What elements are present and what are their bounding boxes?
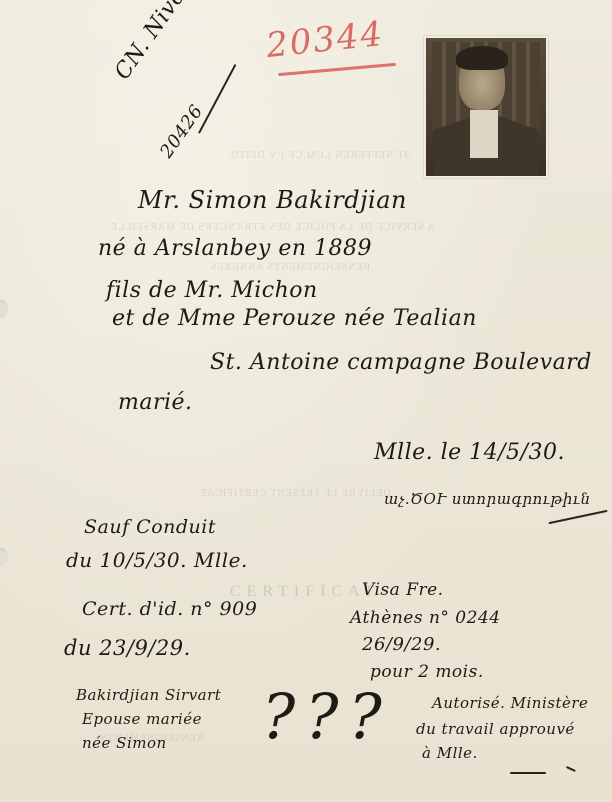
visa-number: Athènes n° 0244 [350, 608, 501, 628]
closing-mark [566, 766, 576, 772]
place-date: Mlle. le 14/5/30. [374, 440, 565, 465]
safe-conduct-date: du 10/5/30. Mlle. [66, 548, 248, 572]
red-file-number: 20344 [264, 14, 386, 66]
side-note-stroke [198, 64, 236, 134]
ghost-print-line: RENSEIGNEMENTS ANNEXES [210, 262, 370, 273]
body-line-mother: et de Mme Perouze née Tealian [112, 306, 477, 331]
spouse-note-line3: née Simon [82, 734, 167, 752]
side-note-name: CN. Nivon [110, 0, 199, 84]
id-certificate-number: Cert. d'id. n° 909 [82, 598, 257, 620]
signature-stroke [548, 510, 607, 524]
red-underline [278, 63, 396, 76]
visa-date: 26/9/29. [362, 634, 441, 655]
authorization-line1: Autorisé. Ministère [432, 694, 588, 712]
portrait-photo [424, 36, 548, 178]
body-line-name: Mr. Simon Bakirdjian [138, 186, 407, 214]
punch-hole-bottom [0, 548, 8, 566]
safe-conduct-label: Sauf Conduit [84, 516, 216, 538]
spouse-note-line2: Epouse mariée [82, 710, 202, 728]
ghost-print-line: DELIVRE LE PRESENT CERTIFICAT [200, 488, 391, 499]
armenian-signature: աչ․ԾՕՒ ստորագրութիւն [384, 490, 591, 508]
authorization-line2: du travail approuvé [416, 720, 575, 738]
ghost-print-line: A SERVICE DE LA POLICE DES ETRANGERS DE … [110, 222, 435, 233]
body-line-birth: né à Arslanbey en 1889 [98, 236, 372, 261]
authorization-line3: à Mlle. [422, 744, 478, 762]
question-marks: ??? [262, 680, 392, 753]
closing-stroke [510, 772, 546, 774]
punch-hole-top [0, 300, 8, 318]
spouse-note-line1: Bakirdjian Sirvart [76, 686, 221, 704]
visa-duration: pour 2 mois. [370, 662, 484, 682]
document-page: ЭT NEFFEREN LUM.CE I V DEITO A SERVICE D… [0, 0, 612, 802]
id-certificate-date: du 23/9/29. [64, 636, 191, 660]
body-line-marital: marié. [118, 390, 193, 415]
visa-label: Visa Fre. [362, 580, 444, 600]
body-line-father: fils de Mr. Michon [106, 278, 318, 303]
body-line-address: St. Antoine campagne Boulevard [210, 350, 592, 375]
ghost-print-line: ЭT NEFFEREN LUM.CE I V DEITO [230, 150, 411, 161]
